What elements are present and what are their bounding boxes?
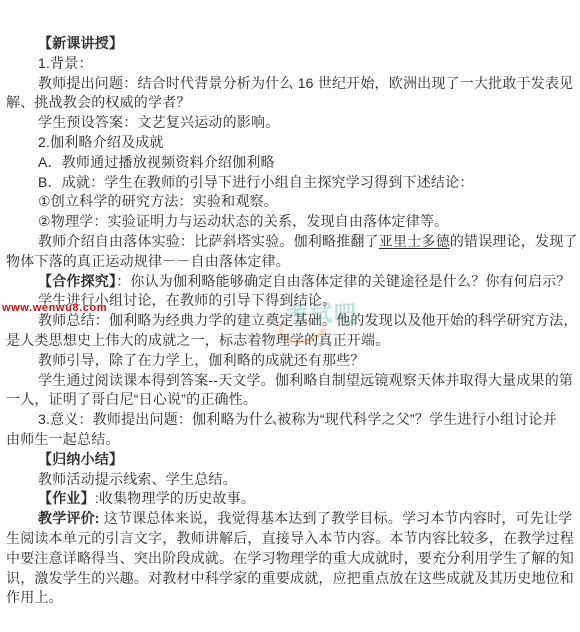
doc-line-8: B．成就：学生在教师的引导下进行小组自主探究学习得到下述结论：	[6, 173, 574, 193]
doc-line-2: 1.背景：	[6, 54, 574, 74]
text-segment: 是人类思想史上伟大的成就之一，标志着物理学的真正开端。	[6, 332, 389, 348]
doc-line-20: 3.意义：教师提出问题：伽利略为什么被称为“现代科学之父”？学生进行小组讨论并	[6, 410, 574, 430]
text-segment: 教师介绍自由落体实验：比萨斜塔实验。伽利略推翻了	[38, 233, 379, 249]
doc-line-25: 教学评价: 这节课总体来说，我觉得基本达到了教学目标。学习本节内容时，可先让学	[6, 509, 574, 529]
lesson-plan-text: 【新课讲授】1.背景：教师提出问题：结合时代背景分析为什么 16 世纪开始，欧洲…	[6, 34, 574, 608]
doc-line-16: 是人类思想史上伟大的成就之一，标志着物理学的真正开端。	[6, 331, 574, 351]
doc-line-5: 学生预设答案：文艺复兴运动的影响。	[6, 113, 574, 133]
text-segment: 由师生一起总结。	[6, 431, 120, 447]
doc-line-27: 中要注意详略得当、突出阶段成就。在学习物理学的重大成就时，要充分利用学生了解的知	[6, 549, 574, 569]
text-segment: 【新课讲授】	[38, 35, 123, 51]
doc-line-19: 一人，证明了哥白尼“日心说”的正确性。	[6, 390, 574, 410]
text-segment: 作用上。	[6, 589, 63, 605]
doc-line-7: A．教师通过播放视频资料介绍伽利略	[6, 153, 574, 173]
text-segment: 教学评价:	[38, 510, 100, 526]
doc-line-13: 【合作探究】：你认为伽利略能够确定自由落体定律的关键途径是什么？你有何启示？	[6, 272, 574, 292]
text-segment: 识，激发学生的兴趣。对教材中科学家的重要成就，应把重点放在这些成就及其历史地位和	[6, 570, 574, 586]
text-segment: 【归纳小结】	[38, 451, 123, 467]
doc-line-29: 作用上。	[6, 588, 574, 608]
doc-line-10: ②物理学：实验证明力与运动状态的关系，发现自由落体定律等。	[6, 212, 574, 232]
text-segment: 一人，证明了哥白尼“日心说”的正确性。	[6, 391, 257, 407]
text-segment: ②物理学：实验证明力与运动状态的关系，发现自由落体定律等。	[38, 213, 448, 229]
doc-line-21: 由师生一起总结。	[6, 430, 574, 450]
text-segment: 学生通过阅读课本得到答案--天文学。伽利略自制望远镜观察天体并取得大量成果的第	[38, 372, 573, 388]
text-segment: 教师总结：伽利略为经典力学的建立奠定基础。他的发现以及他开始的科学研究方法，	[38, 312, 578, 328]
text-segment: 【合作探究】	[38, 273, 116, 289]
text-segment: 生阅读本单元的引言文字，教师讲解后，直接导入本节内容。本节内容比较多，在教学过程	[6, 530, 574, 546]
doc-line-1: 【新课讲授】	[6, 34, 574, 54]
text-segment: 中要注意详略得当、突出阶段成就。在学习物理学的重大成就时，要充分利用学生了解的知	[6, 550, 574, 566]
doc-line-9: ①创立科学的研究方法：实验和观察。	[6, 192, 574, 212]
doc-line-26: 生阅读本单元的引言文字，教师讲解后，直接导入本节内容。本节内容比较多，在教学过程	[6, 529, 574, 549]
text-segment: 学生预设答案：文艺复兴运动的影响。	[38, 114, 279, 130]
doc-line-23: 教师活动提示线索、学生总结。	[6, 470, 574, 490]
document-page: 考试吧 【新课讲授】1.背景：教师提出问题：结合时代背景分析为什么 16 世纪开…	[0, 0, 580, 632]
text-segment: 教师引导，除了在力学上，伽利略的成就还有那些？	[38, 352, 365, 368]
text-segment: 2.伽利略介绍及成就	[38, 134, 164, 150]
doc-line-24: 【作业】:收集物理学的历史故事。	[6, 489, 574, 509]
text-segment: ：你认为伽利略能够确定自由落体定律的关键途径是什么？你有何启示？	[116, 273, 570, 289]
text-segment: 解、挑战教会的权威的学者？	[6, 94, 191, 110]
text-segment: 1.背景：	[38, 55, 93, 71]
text-segment: B．成就：学生在教师的引导下进行小组自主探究学习得到下述结论：	[38, 174, 474, 190]
doc-line-4: 解、挑战教会的权威的学者？	[6, 93, 574, 113]
text-segment: 这节课总体来说，我觉得基本达到了教学目标。学习本节内容时，可先让学	[100, 510, 573, 526]
doc-line-28: 识，激发学生的兴趣。对教材中科学家的重要成就，应把重点放在这些成就及其历史地位和	[6, 569, 574, 589]
doc-line-12: 物体下落的真正运动规律－－自由落体定律。	[6, 252, 574, 272]
text-segment: 【作业】	[38, 490, 95, 506]
text-segment: ①创立科学的研究方法：实验和观察。	[38, 193, 278, 209]
watermark-site-url: www.wenwu8.com	[2, 302, 107, 314]
text-segment: 亚里士多德	[379, 233, 450, 249]
doc-line-15: 教师总结：伽利略为经典力学的建立奠定基础。他的发现以及他开始的科学研究方法，	[6, 311, 574, 331]
text-segment: 教师提出问题：结合时代背景分析为什么 16 世纪开始，欧洲出现了一大批敢于发表见	[38, 75, 573, 91]
text-segment: 3.意义：教师提出问题：伽利略为什么被称为“现代科学之父”？学生进行小组讨论并	[38, 411, 557, 427]
doc-line-22: 【归纳小结】	[6, 450, 574, 470]
doc-line-18: 学生通过阅读课本得到答案--天文学。伽利略自制望远镜观察天体并取得大量成果的第	[6, 371, 574, 391]
doc-line-3: 教师提出问题：结合时代背景分析为什么 16 世纪开始，欧洲出现了一大批敢于发表见	[6, 74, 574, 94]
text-segment: 物体下落的真正运动规律－－自由落体定律。	[6, 253, 290, 269]
doc-line-11: 教师介绍自由落体实验：比萨斜塔实验。伽利略推翻了亚里士多德的错误理论，发现了	[6, 232, 574, 252]
doc-line-6: 2.伽利略介绍及成就	[6, 133, 574, 153]
text-segment: 教师活动提示线索、学生总结。	[38, 471, 237, 487]
doc-line-17: 教师引导，除了在力学上，伽利略的成就还有那些？	[6, 351, 574, 371]
text-segment: 的错误理论，发现了	[450, 233, 578, 249]
text-segment: :收集物理学的历史故事。	[95, 490, 255, 506]
text-segment: A．教师通过播放视频资料介绍伽利略	[38, 154, 275, 170]
